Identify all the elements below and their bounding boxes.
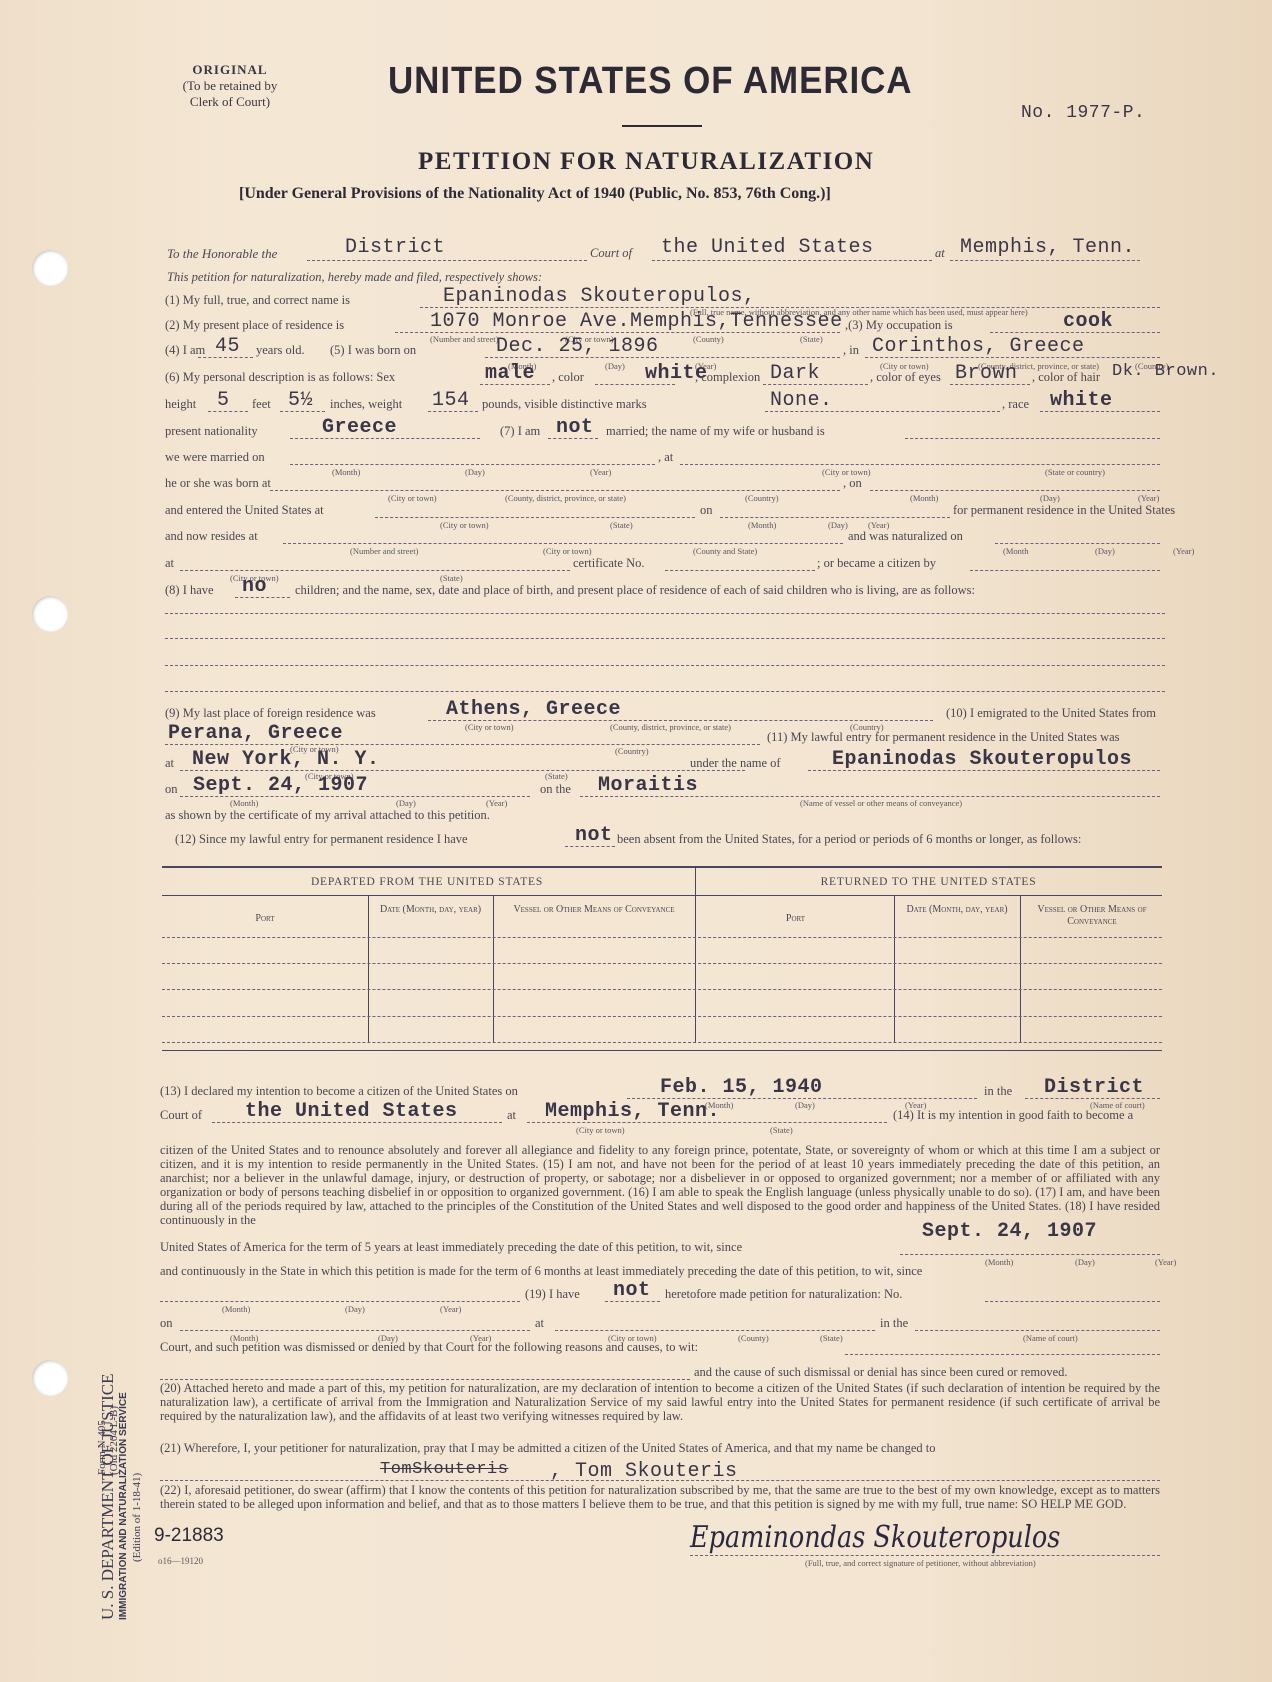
permanent-residence-label: for permanent residence in the United St… (953, 503, 1175, 518)
prior-on-label: on (160, 1316, 173, 1331)
under-name-label: under the name of (690, 756, 781, 771)
table-row (162, 937, 1162, 938)
oath-paragraph: citizen of the United States and to reno… (160, 1143, 1160, 1227)
nationality-field[interactable]: Greece (322, 416, 397, 439)
to-honorable-label: To the Honorable the (167, 246, 277, 262)
file-number: 9-21883 (154, 1525, 224, 1547)
col-port: Port (162, 913, 368, 925)
caption: (State) (545, 771, 568, 781)
col-port-return: Port (697, 913, 894, 925)
caption: (Year) (486, 798, 507, 808)
caption: (State) (610, 520, 633, 530)
q22-paragraph: (22) I, aforesaid petitioner, do swear (… (160, 1483, 1160, 1511)
full-name-field[interactable]: Epaninodas Skouteropulos, (443, 285, 756, 308)
certificate-label: certificate No. (573, 556, 644, 571)
in-label: , in (843, 343, 859, 358)
state-residence-label: and continuously in the State in which t… (160, 1264, 1170, 1279)
at-label: at (507, 1108, 516, 1123)
height-label: height (165, 397, 196, 412)
q4-label: (4) I am (165, 343, 205, 358)
caption: (Day) (396, 798, 416, 808)
table-row (162, 1042, 1162, 1043)
prior-petition-field[interactable]: not (613, 1279, 651, 1302)
height-feet-field[interactable]: 5 (217, 389, 230, 412)
caption: (State) (820, 1333, 843, 1343)
caption: (Name of court) (1023, 1333, 1078, 1343)
q20-paragraph: (20) Attached hereto and made a part of … (160, 1381, 1160, 1423)
petitioner-signature: Epaminondas Skouteropulos (690, 1520, 1060, 1555)
punch-hole (32, 1360, 68, 1396)
caption: (City or town) (465, 722, 514, 732)
birth-place-field[interactable]: Corinthos, Greece (872, 335, 1085, 358)
court-of-label: Court of (590, 246, 632, 261)
original-note: ORIGINAL (To be retained by Clerk of Cou… (150, 62, 310, 110)
q8-suffix: children; and the name, sex, date and pl… (295, 583, 975, 598)
q19-label: (19) I have (525, 1287, 580, 1302)
on-the-label: on the (540, 782, 571, 797)
col-vessel-return: Vessel or Other Means of Conveyance (1022, 904, 1162, 928)
feet-label: feet (252, 397, 271, 412)
eye-color-field[interactable]: Brown (955, 362, 1018, 385)
residence-since-label: United States of America for the term of… (160, 1240, 742, 1255)
caption: (Month (1003, 546, 1029, 556)
entry-at-label: at (165, 756, 174, 771)
caption: (Day) (1095, 546, 1115, 556)
age-field[interactable]: 45 (215, 335, 240, 358)
children-field[interactable]: no (242, 575, 267, 598)
caption: (City or town) (388, 493, 437, 503)
side-department: U. S. DEPARTMENT OF JUSTICE (98, 1374, 118, 1620)
at-label: at (165, 556, 174, 571)
caption: (County, district, province, or state) (505, 493, 626, 503)
table-row (162, 963, 1162, 964)
q19-suffix: heretofore made petition for naturalizat… (665, 1287, 902, 1302)
caption: (City or town) (440, 520, 489, 530)
hair-label: , color of hair (1032, 370, 1100, 385)
original-label: ORIGINAL (150, 62, 310, 78)
declared-court-field[interactable]: District (1044, 1076, 1144, 1099)
returned-header: RETURNED TO THE UNITED STATES (695, 876, 1162, 888)
q3-label: ,(3) My occupation is (845, 318, 953, 333)
q6-label: (6) My personal description is as follow… (165, 370, 395, 385)
caption: (Name of vessel or other means of convey… (800, 798, 962, 808)
foreign-residence-field[interactable]: Athens, Greece (446, 698, 621, 721)
dismissed-label: Court, and such petition was dismissed o… (160, 1340, 698, 1355)
caption: (Month) (910, 493, 938, 503)
declared-court-name-field[interactable]: the United States (245, 1100, 458, 1123)
residence-since-field[interactable]: Sept. 24, 1907 (922, 1220, 1097, 1243)
caption: (County) (693, 334, 724, 344)
caption: (Day) (465, 467, 485, 477)
nationality-label: present nationality (165, 424, 258, 439)
emigrated-from-field[interactable]: Perana, Greece (168, 722, 343, 745)
married-on-label: we were married on (165, 450, 265, 465)
q9-label: (9) My last place of foreign residence w… (165, 706, 376, 721)
court-of-label: Court of (160, 1108, 202, 1123)
complexion-label: , complexion (695, 370, 760, 385)
petition-title: PETITION FOR NATURALIZATION (418, 148, 874, 176)
caption: (County) (738, 1333, 769, 1343)
q4-suffix: years old. (256, 343, 305, 358)
act-provision: [Under General Provisions of the Nationa… (239, 185, 831, 203)
race-label: , race (1002, 397, 1029, 412)
caption: (Month) (222, 1304, 250, 1314)
caption: (Number and street) (430, 334, 498, 344)
caption: (State or country) (1045, 467, 1105, 477)
color-label: , color (552, 370, 584, 385)
in-the-label: in the (984, 1084, 1012, 1099)
entry-on-label: on (165, 782, 178, 797)
caption: (County, district, province, or state) (610, 722, 731, 732)
entered-label: and entered the United States at (165, 503, 324, 518)
q7-suffix: married; the name of my wife or husband … (606, 424, 825, 439)
table-row (162, 1016, 1162, 1017)
pounds-label: pounds, visible distinctive marks (482, 397, 647, 412)
eyes-label: , color of eyes (870, 370, 941, 385)
caption: (Day) (605, 361, 625, 371)
became-citizen-label: ; or became a citizen by (817, 556, 936, 571)
birth-date-field[interactable]: Dec. 25, 1896 (496, 335, 659, 358)
vessel-field[interactable]: Moraitis (598, 774, 698, 797)
original-note-line2: Clerk of Court) (150, 94, 310, 110)
new-name-field[interactable]: , Tom Skouteris (550, 1460, 738, 1483)
departed-header: DEPARTED FROM THE UNITED STATES (162, 876, 692, 888)
caption: (Year) (1173, 546, 1194, 556)
complexion-field[interactable]: Dark (770, 362, 820, 385)
q21-label: (21) Wherefore, I, your petitioner for n… (160, 1441, 936, 1456)
prior-in-label: in the (880, 1316, 908, 1331)
petition-number: No. 1977-P. (1021, 103, 1145, 123)
table-row (162, 989, 1162, 990)
punch-hole (32, 596, 68, 632)
naturalized-label: and was naturalized on (848, 529, 963, 544)
caption: (Month) (230, 798, 258, 808)
q8-label: (8) I have (165, 583, 214, 598)
q14-label: (14) It is my intention in good faith to… (893, 1108, 1133, 1123)
caption: (State) (800, 334, 823, 344)
q7-label: (7) I am (500, 424, 540, 439)
petition-intro: This petition for naturalization, hereby… (167, 270, 542, 285)
caption: (Country) (745, 493, 779, 503)
q5-label: (5) I was born on (330, 343, 416, 358)
q11-label: (11) My lawful entry for permanent resid… (767, 730, 1120, 745)
height-inches-field[interactable]: 5½ (288, 389, 313, 412)
q12-label: (12) Since my lawful entry for permanent… (175, 832, 468, 847)
caption: (Country) (615, 746, 649, 756)
entry-name-field[interactable]: Epaninodas Skouteropulos (832, 748, 1132, 771)
entry-place-field[interactable]: New York, N. Y. (192, 748, 380, 771)
col-date: Date (Month, day, year) (368, 904, 493, 916)
sex-field[interactable]: male (485, 362, 535, 385)
caption: (State) (440, 573, 463, 583)
distinctive-marks-field[interactable]: None. (770, 389, 833, 412)
declared-date-field[interactable]: Feb. 15, 1940 (660, 1076, 823, 1099)
resides-label: and now resides at (165, 529, 258, 544)
punch-hole (32, 250, 68, 286)
entry-date-field[interactable]: Sept. 24, 1907 (193, 774, 368, 797)
original-note-line1: (To be retained by (150, 78, 310, 94)
caption: (City or town) (543, 546, 592, 556)
print-code: o16—19120 (158, 1556, 203, 1566)
q10-label: (10) I emigrated to the United States fr… (946, 706, 1156, 721)
absent-field[interactable]: not (575, 824, 613, 847)
col-date-return: Date (Month, day, year) (894, 904, 1020, 916)
caption: (Day) (345, 1304, 365, 1314)
signature-caption: (Full, true, and correct signature of pe… (805, 1558, 1036, 1568)
caption: (State) (770, 1125, 793, 1135)
cured-label: and the cause of such dismissal or denia… (694, 1365, 1068, 1380)
caption: (Year) (440, 1304, 461, 1314)
residence-field[interactable]: 1070 Monroe Ave.Memphis,Tennessee (430, 310, 843, 333)
side-service: IMMIGRATION AND NATURALIZATION SERVICE (118, 1392, 129, 1620)
certificate-note: as shown by the certificate of my arriva… (165, 808, 490, 823)
spouse-born-label: he or she was born at (165, 476, 271, 491)
document-title: UNITED STATES OF AMERICA (388, 60, 912, 103)
caption: (Day) (1040, 493, 1060, 503)
q2-label: (2) My present place of residence is (165, 318, 344, 333)
weight-field[interactable]: 154 (432, 389, 470, 412)
prior-at-label: at (535, 1316, 544, 1331)
caption: (Month) (748, 520, 776, 530)
married-status-field[interactable]: not (556, 416, 594, 439)
caption: (Year) (590, 467, 611, 477)
race-field[interactable]: white (1050, 389, 1113, 412)
caption: (Year) (1138, 493, 1159, 503)
caption: (City or town) (576, 1125, 625, 1135)
court-name-field[interactable]: the United States (661, 236, 874, 259)
at-label: at (935, 246, 945, 261)
caption: (Day) (828, 520, 848, 530)
title-rule (622, 125, 702, 127)
col-vessel: Vessel or Other Means of Conveyance (495, 904, 693, 916)
court-type-field[interactable]: District (345, 236, 445, 259)
q13-label: (13) I declared my intention to become a… (160, 1084, 518, 1099)
caption: (Day) (795, 1100, 815, 1110)
caption: (County and State) (693, 546, 757, 556)
naturalization-petition-page: ORIGINAL (To be retained by Clerk of Cou… (0, 0, 1272, 1682)
side-edition: (Edition of 1-18-41) (131, 1473, 143, 1562)
court-location-field[interactable]: Memphis, Tenn. (960, 236, 1135, 259)
declared-place-field[interactable]: Memphis, Tenn. (545, 1100, 720, 1123)
caption: (Number and street) (350, 546, 418, 556)
occupation-field[interactable]: cook (1063, 310, 1113, 333)
q1-label: (1) My full, true, and correct name is (165, 293, 350, 308)
caption: (Month) (332, 467, 360, 477)
hair-color-field[interactable]: Dk. Brown. (1112, 362, 1219, 381)
struck-name: TomSkouteris (380, 1460, 508, 1479)
q12-suffix: been absent from the United States, for … (617, 832, 1081, 847)
inches-label: inches, weight (330, 397, 402, 412)
